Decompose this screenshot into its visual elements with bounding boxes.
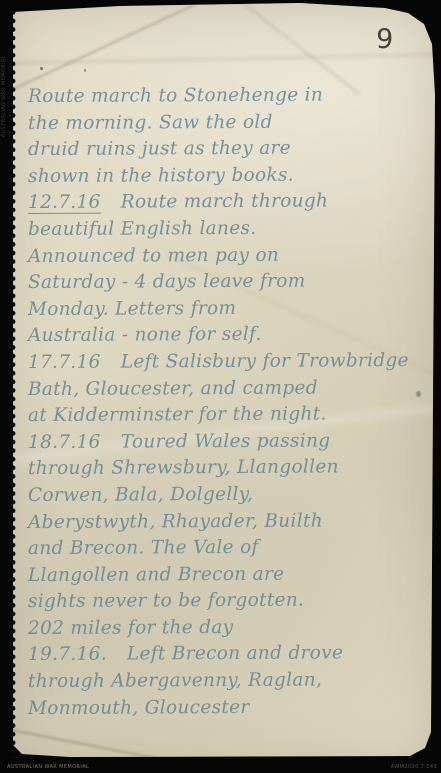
handwriting-line: Route march to Stonehenge in <box>28 82 430 111</box>
handwriting-line: 18.7.16Toured Wales passing <box>28 428 430 457</box>
handwriting-text: Australia - none for self. <box>28 324 262 346</box>
perforated-edge <box>9 8 18 759</box>
handwriting-text: the morning. Saw the old <box>28 111 273 133</box>
handwriting-line: 12.7.16Route march through <box>28 188 430 217</box>
handwriting-line: Saturday - 4 days leave from <box>28 268 430 297</box>
fold-crease <box>6 53 436 64</box>
handwriting-text: Corwen, Bala, Dolgelly, <box>28 484 253 506</box>
handwriting-text: Left Brecon and drove <box>127 643 343 665</box>
handwriting-text: Monmouth, Gloucester <box>28 697 250 719</box>
handwriting-line: Monday. Letters from <box>28 295 430 324</box>
scan-frame: 9 Route march to Stonehenge inthe mornin… <box>0 0 441 773</box>
handwriting-line: Llangollen and Brecon are <box>28 561 430 590</box>
handwriting-line: at Kidderminster for the night. <box>28 401 430 430</box>
archive-watermark-bottom: AUSTRALIAN WAR MEMORIAL <box>7 764 89 770</box>
handwriting-line: 17.7.16Left Salisbury for Trowbridge <box>28 348 430 377</box>
diary-page: 9 Route march to Stonehenge inthe mornin… <box>0 0 441 773</box>
handwriting-text: Toured Wales passing <box>121 430 331 452</box>
handwriting-line: sights never to be forgotten. <box>28 587 430 616</box>
handwriting-line: 202 miles for the day <box>28 614 430 643</box>
ink-speck <box>40 67 43 70</box>
fold-crease <box>224 0 359 94</box>
handwriting-text: Announced to men pay on <box>28 244 279 266</box>
catalog-reference-watermark: AWM2020 7 143 <box>391 764 437 770</box>
handwriting-text: Saturday - 4 days leave from <box>28 271 306 293</box>
handwriting-text: through Abergavenny, Raglan, <box>28 670 322 693</box>
handwriting-text: 202 miles for the day <box>28 617 234 639</box>
page-number: 9 <box>375 24 393 56</box>
handwriting-line: Australia - none for self. <box>28 321 430 350</box>
handwriting-text: Route march to Stonehenge in <box>28 85 323 108</box>
handwriting-text: beautiful English lanes. <box>28 218 257 240</box>
handwriting-text: Route march through <box>121 191 329 213</box>
handwriting-text: Llangollen and Brecon are <box>28 563 284 585</box>
ink-speck <box>84 69 86 72</box>
handwriting-line: Monmouth, Gloucester <box>28 694 430 723</box>
handwriting-lines: Route march to Stonehenge inthe morning.… <box>28 83 430 721</box>
handwriting-line: Corwen, Bala, Dolgelly, <box>28 481 430 510</box>
handwriting-line: shown in the history books. <box>28 162 430 191</box>
handwriting-text: and Brecon. The Vale of <box>28 537 259 559</box>
diary-entry-date: 12.7.16 <box>28 192 101 214</box>
handwriting-text: sights never to be forgotten. <box>28 590 304 612</box>
handwriting-line: Aberystwyth, Rhayader, Builth <box>28 507 430 536</box>
handwriting-line: Announced to men pay on <box>28 242 430 271</box>
handwriting-text: Bath, Gloucester, and camped <box>28 377 318 400</box>
diary-entry-date: 17.7.16 <box>28 352 101 373</box>
handwriting-line: through Shrewsbury, Llangollen <box>28 454 430 483</box>
handwriting-line: Bath, Gloucester, and camped <box>28 374 430 403</box>
handwriting-line: and Brecon. The Vale of <box>28 534 430 563</box>
handwriting-text: druid ruins just as they are <box>28 138 291 160</box>
handwriting-text: Left Salisbury for Trowbridge <box>121 350 409 373</box>
archive-watermark-left: AUSTRALIAN WAR MEMORIAL <box>1 55 7 137</box>
handwriting-text: Aberystwyth, Rhayader, Builth <box>28 510 323 533</box>
fold-crease <box>0 725 167 761</box>
handwriting-line: druid ruins just as they are <box>28 135 430 164</box>
handwriting-text: through Shrewsbury, Llangollen <box>28 457 339 480</box>
diary-entry-date: 18.7.16 <box>28 431 101 452</box>
handwriting-line: the morning. Saw the old <box>28 109 430 138</box>
handwriting-line: through Abergavenny, Raglan, <box>28 667 430 696</box>
handwriting-line: beautiful English lanes. <box>28 215 430 244</box>
diary-entry-date: 19.7.16. <box>28 644 107 665</box>
handwriting-text: Monday. Letters from <box>28 298 236 320</box>
handwriting-line: 19.7.16.Left Brecon and drove <box>28 640 430 669</box>
handwriting-text: at Kidderminster for the night. <box>28 404 327 427</box>
handwriting-text: shown in the history books. <box>28 164 294 186</box>
